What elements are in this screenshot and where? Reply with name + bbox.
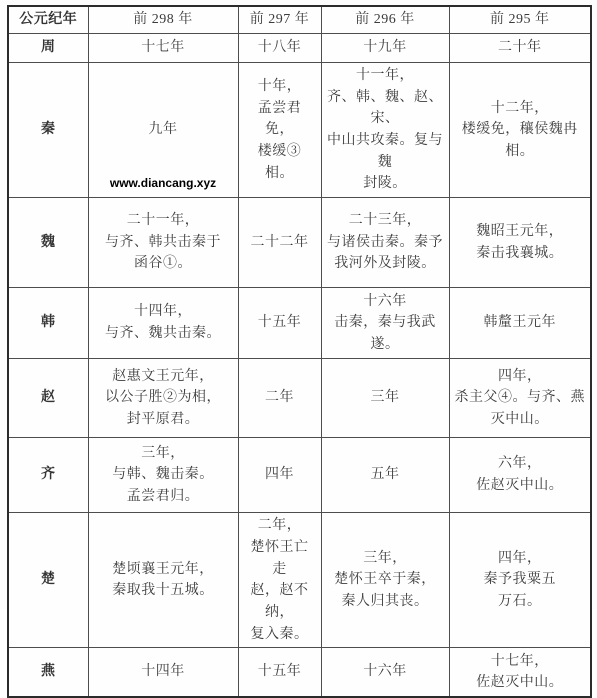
- cell-han-298bc: 十四年， 与齐、魏共击秦。: [88, 288, 238, 359]
- cell-chu-297bc: 二年， 楚怀王亡走 赵，赵不纳， 复入秦。: [238, 513, 321, 648]
- cell-zhao-295bc: 四年， 杀主父④。与齐、燕 灭中山。: [449, 359, 591, 438]
- row-qi: 齐 三年， 与韩、魏击秦。 孟尝君归。 四年 五年 六年， 佐赵灭中山。: [8, 438, 591, 513]
- header-year-296bc: 前 296 年: [321, 6, 449, 34]
- header-row: 公元纪年 前 298 年 前 297 年 前 296 年 前 295 年: [8, 6, 591, 34]
- cell-han-295bc: 韩釐王元年: [449, 288, 591, 359]
- chronology-table: 公元纪年 前 298 年 前 297 年 前 296 年 前 295 年 周 十…: [7, 5, 592, 698]
- cell-han-296bc: 十六年 击秦，秦与我武遂。: [321, 288, 449, 359]
- cell-qin-297bc: 十年， 孟尝君免， 楼缓③相。: [238, 63, 321, 198]
- cell-yan-296bc: 十六年: [321, 648, 449, 698]
- cell-han-297bc: 十五年: [238, 288, 321, 359]
- cell-qin-298bc: 九年www.diancang.xyz: [88, 63, 238, 198]
- cell-wei-296bc: 二十三年， 与诸侯击秦。秦予 我河外及封陵。: [321, 198, 449, 288]
- cell-chu-296bc: 三年， 楚怀王卒于秦， 秦人归其丧。: [321, 513, 449, 648]
- cell-zhou-298bc: 十七年: [88, 34, 238, 63]
- row-label-zhao: 赵: [8, 359, 88, 438]
- row-qin: 秦 九年www.diancang.xyz 十年， 孟尝君免， 楼缓③相。 十一年…: [8, 63, 591, 198]
- cell-qi-296bc: 五年: [321, 438, 449, 513]
- header-era-label: 公元纪年: [8, 6, 88, 34]
- cell-zhao-296bc: 三年: [321, 359, 449, 438]
- cell-chu-295bc: 四年， 秦予我粟五 万石。: [449, 513, 591, 648]
- cell-zhao-298bc: 赵惠文王元年， 以公子胜②为相， 封平原君。: [88, 359, 238, 438]
- row-label-zhou: 周: [8, 34, 88, 63]
- row-label-qi: 齐: [8, 438, 88, 513]
- row-han: 韩 十四年， 与齐、魏共击秦。 十五年 十六年 击秦，秦与我武遂。 韩釐王元年: [8, 288, 591, 359]
- row-label-wei: 魏: [8, 198, 88, 288]
- header-year-298bc: 前 298 年: [88, 6, 238, 34]
- cell-yan-295bc: 十七年， 佐赵灭中山。: [449, 648, 591, 698]
- cell-yan-297bc: 十五年: [238, 648, 321, 698]
- scanned-book-page: 公元纪年 前 298 年 前 297 年 前 296 年 前 295 年 周 十…: [0, 0, 597, 609]
- cell-wei-297bc: 二十二年: [238, 198, 321, 288]
- cell-qin-296bc: 十一年， 齐、韩、魏、赵、宋、 中山共攻秦。复与魏 封陵。: [321, 63, 449, 198]
- cell-qi-295bc: 六年， 佐赵灭中山。: [449, 438, 591, 513]
- cell-wei-295bc: 魏昭王元年， 秦击我襄城。: [449, 198, 591, 288]
- cell-qin-295bc: 十二年， 楼缓免，穰侯魏冉相。: [449, 63, 591, 198]
- cell-zhou-297bc: 十八年: [238, 34, 321, 63]
- cell-qin-298bc-text: 九年: [149, 122, 178, 137]
- cell-wei-298bc: 二十一年， 与齐、韩共击秦于 函谷①。: [88, 198, 238, 288]
- row-wei: 魏 二十一年， 与齐、韩共击秦于 函谷①。 二十二年 二十三年， 与诸侯击秦。秦…: [8, 198, 591, 288]
- row-label-qin: 秦: [8, 63, 88, 198]
- header-year-295bc: 前 295 年: [449, 6, 591, 34]
- cell-yan-298bc: 十四年: [88, 648, 238, 698]
- header-year-297bc: 前 297 年: [238, 6, 321, 34]
- row-label-han: 韩: [8, 288, 88, 359]
- cell-qi-297bc: 四年: [238, 438, 321, 513]
- cell-qi-298bc: 三年， 与韩、魏击秦。 孟尝君归。: [88, 438, 238, 513]
- cell-zhao-297bc: 二年: [238, 359, 321, 438]
- cell-zhou-295bc: 二十年: [449, 34, 591, 63]
- row-chu: 楚 楚顷襄王元年， 秦取我十五城。 二年， 楚怀王亡走 赵，赵不纳， 复入秦。 …: [8, 513, 591, 648]
- cell-chu-298bc: 楚顷襄王元年， 秦取我十五城。: [88, 513, 238, 648]
- row-zhou: 周 十七年 十八年 十九年 二十年: [8, 34, 591, 63]
- row-zhao: 赵 赵惠文王元年， 以公子胜②为相， 封平原君。 二年 三年 四年， 杀主父④。…: [8, 359, 591, 438]
- cell-zhou-296bc: 十九年: [321, 34, 449, 63]
- site-watermark: www.diancang.xyz: [110, 174, 216, 193]
- row-label-yan: 燕: [8, 648, 88, 698]
- row-label-chu: 楚: [8, 513, 88, 648]
- row-yan: 燕 十四年 十五年 十六年 十七年， 佐赵灭中山。: [8, 648, 591, 698]
